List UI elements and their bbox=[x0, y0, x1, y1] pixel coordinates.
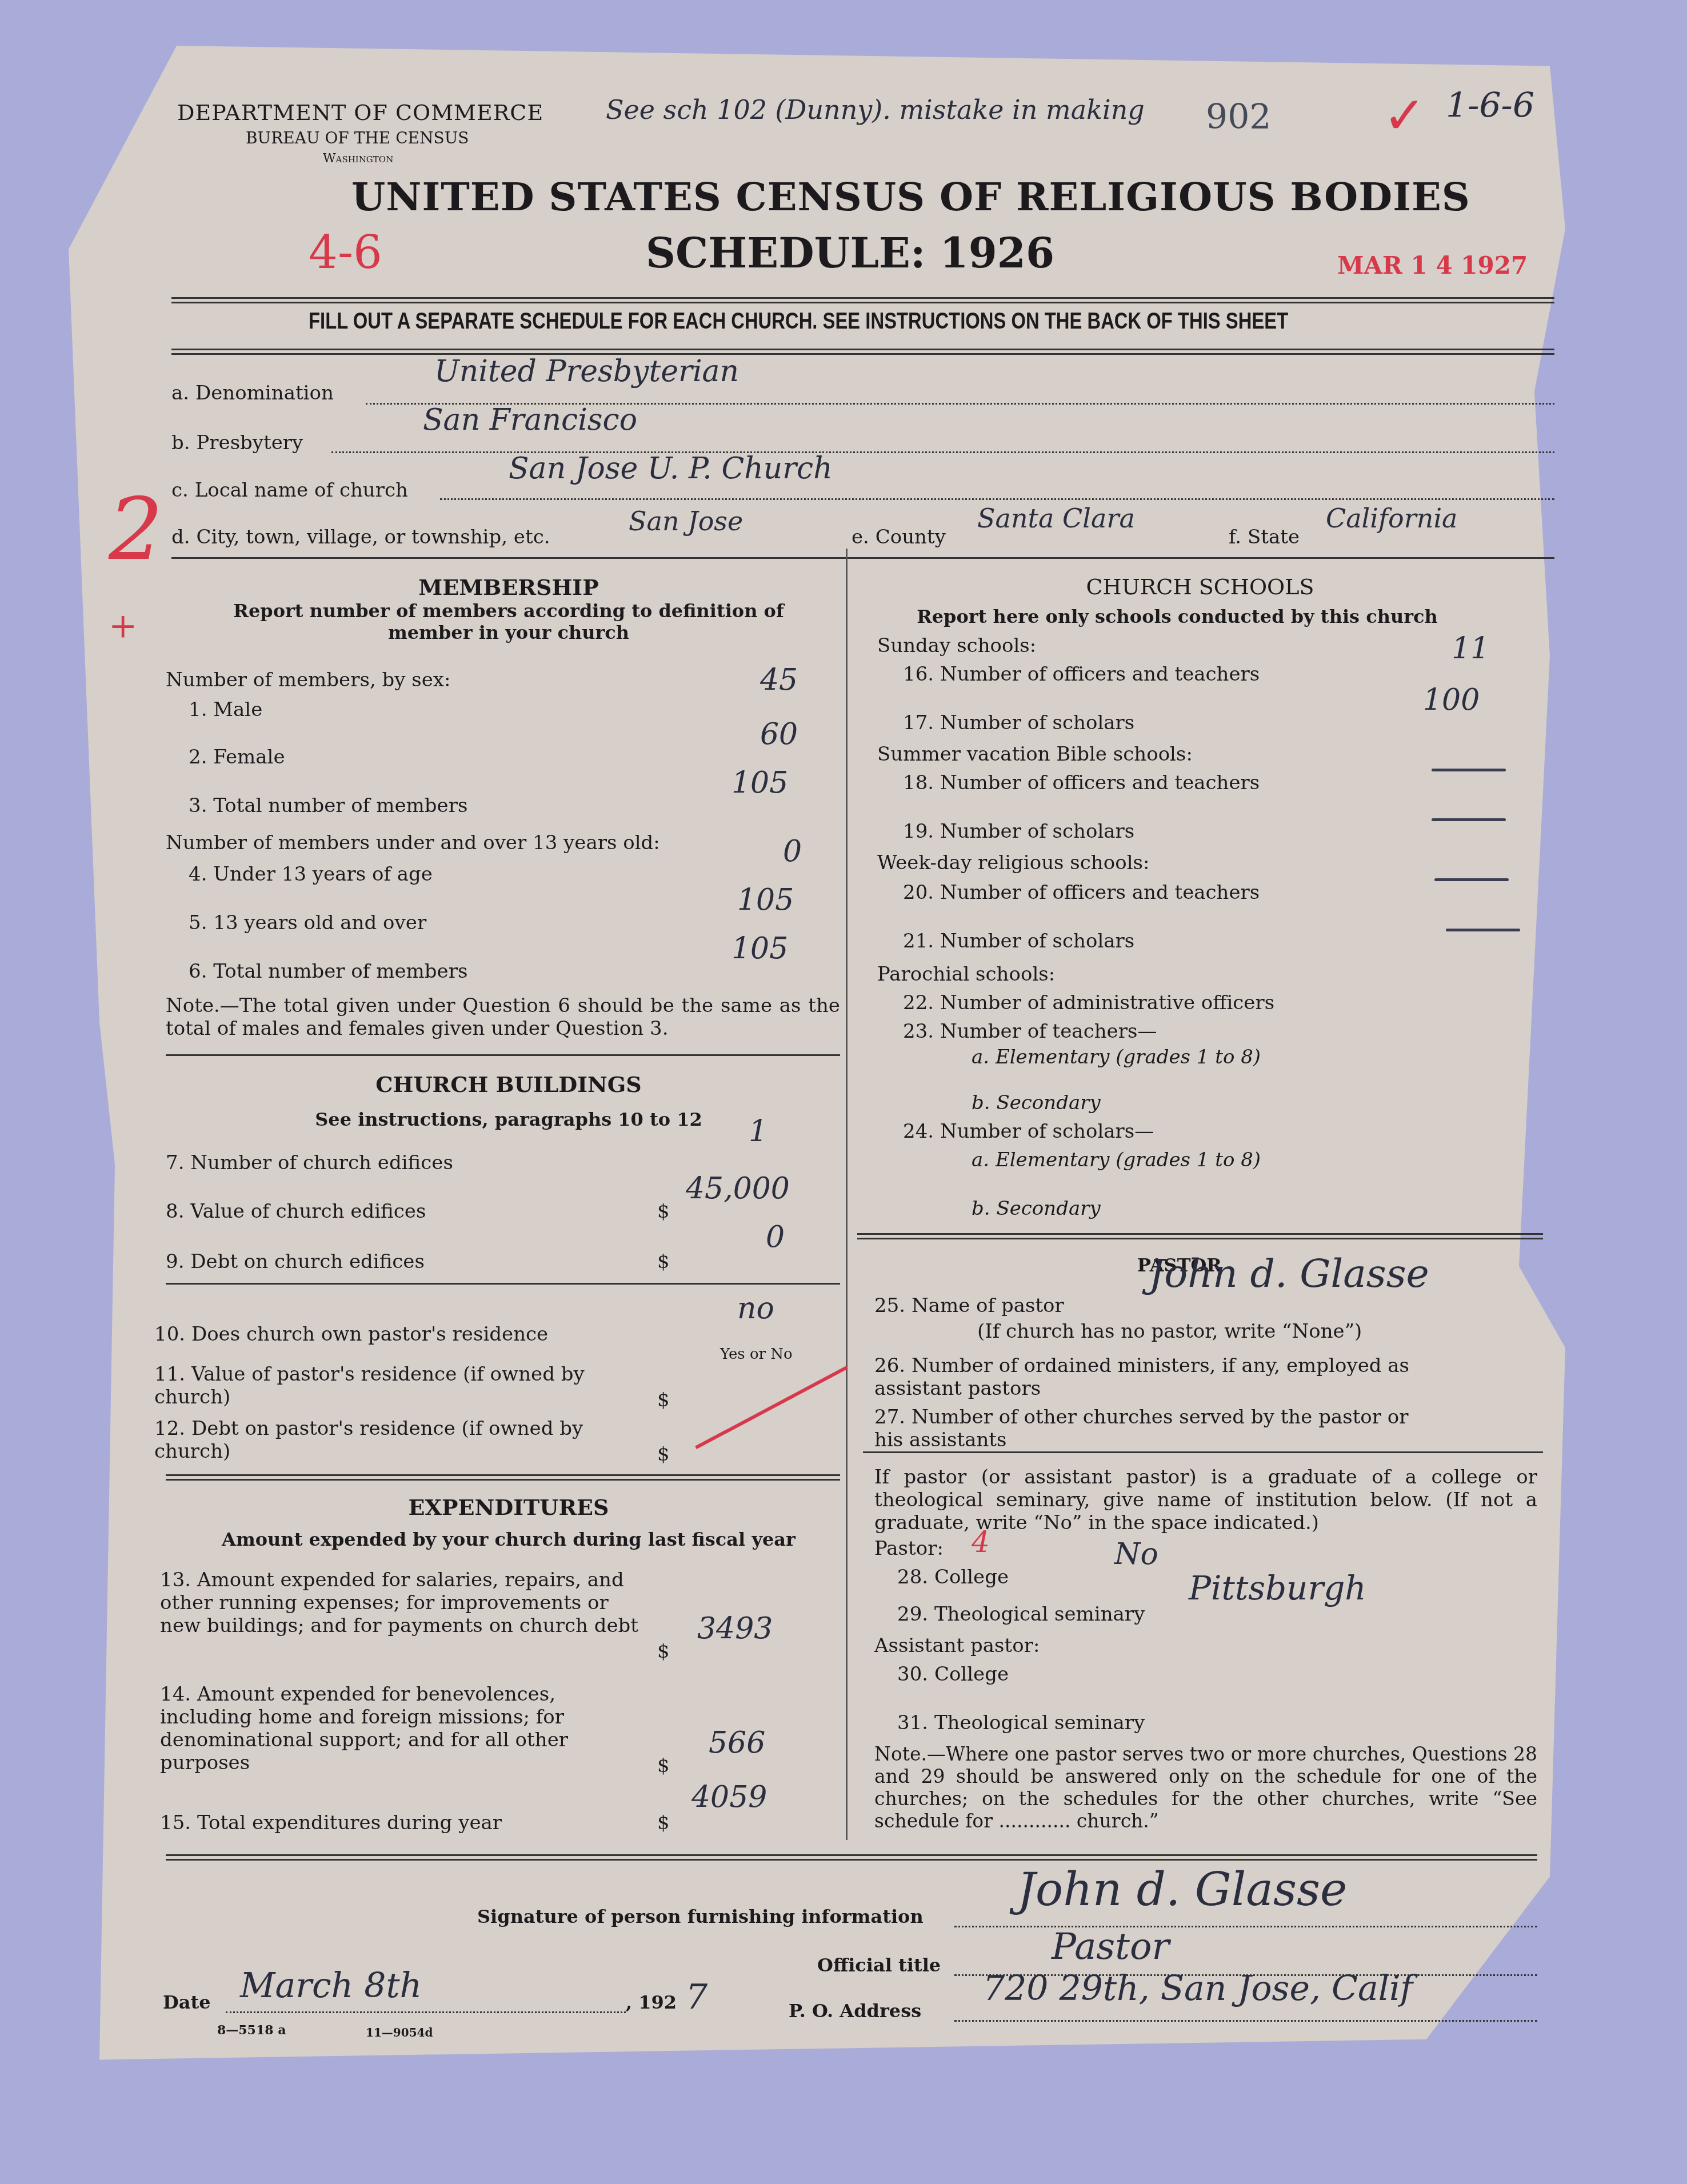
q7-edifices-field[interactable]: 1 bbox=[749, 1114, 767, 1149]
q2-label: 2. Female bbox=[189, 746, 285, 769]
q29-seminary-field[interactable]: Pittsburgh bbox=[1189, 1569, 1366, 1607]
year-prefix: , 192 bbox=[626, 1991, 677, 2013]
q18-dash bbox=[1432, 769, 1506, 771]
q14-label: 14. Amount expended for benevolences, in… bbox=[160, 1683, 651, 1774]
q9-debt-field[interactable]: 0 bbox=[766, 1220, 785, 1254]
footer-rule bbox=[166, 1854, 1537, 1861]
by-sex-heading: Number of members, by sex: bbox=[166, 669, 450, 691]
q23b-label: b. Secondary bbox=[972, 1091, 1101, 1114]
q17-label: 17. Number of scholars bbox=[903, 711, 1134, 734]
q13-running-field[interactable]: 3493 bbox=[697, 1611, 773, 1646]
denomination-field[interactable]: United Presbyterian bbox=[434, 354, 739, 389]
buildings-subtitle: See instructions, paragraphs 10 to 12 bbox=[171, 1109, 846, 1130]
yes-no-hint: Yes or No bbox=[720, 1346, 793, 1363]
presbytery-label: b. Presbytery bbox=[171, 431, 303, 454]
schools-subtitle: Report here only schools conducted by th… bbox=[863, 606, 1492, 627]
q4-label: 4. Under 13 years of age bbox=[189, 863, 433, 886]
q5-over13-field[interactable]: 105 bbox=[737, 883, 794, 917]
form-number: 8—5518 a bbox=[217, 2023, 286, 2038]
column-divider bbox=[846, 549, 848, 1840]
q16-field[interactable]: 11 bbox=[1452, 631, 1489, 666]
department-heading: DEPARTMENT OF COMMERCE bbox=[177, 100, 543, 125]
q29-label: 29. Theological seminary bbox=[897, 1603, 1145, 1626]
sunday-heading: Sunday schools: bbox=[877, 634, 1036, 657]
q14-benevolence-field[interactable]: 566 bbox=[709, 1726, 765, 1760]
q1-male-field[interactable]: 45 bbox=[760, 663, 798, 697]
dollar-sign: $ bbox=[657, 1389, 670, 1411]
membership-subtitle: Report number of members according to de… bbox=[206, 600, 811, 643]
county-field[interactable]: Santa Clara bbox=[977, 503, 1135, 534]
instructions-banner: FILL OUT A SEPARATE SCHEDULE FOR EACH CH… bbox=[309, 309, 1288, 334]
expenditures-subtitle: Amount expended by your church during la… bbox=[171, 1529, 846, 1550]
title-label: Official title bbox=[817, 1954, 941, 1976]
pastor-rule bbox=[857, 1233, 1543, 1239]
official-title-field[interactable]: Pastor bbox=[1052, 1926, 1169, 1968]
q12-label: 12. Debt on pastor's residence (if owned… bbox=[154, 1417, 651, 1463]
dollar-sign: $ bbox=[657, 1811, 670, 1834]
q8-label: 8. Value of church edifices bbox=[166, 1200, 426, 1223]
q6-total-field[interactable]: 105 bbox=[731, 931, 788, 966]
membership-title: MEMBERSHIP bbox=[171, 574, 846, 600]
header-rule bbox=[171, 297, 1554, 303]
q19-label: 19. Number of scholars bbox=[903, 820, 1134, 843]
city-heading: Washington bbox=[323, 151, 393, 166]
q26-label: 26. Number of ordained ministers, if any… bbox=[874, 1354, 1417, 1400]
q21-dash bbox=[1446, 929, 1520, 931]
date-line bbox=[226, 2011, 626, 2013]
by-age-heading: Number of members under and over 13 year… bbox=[166, 831, 660, 854]
graduate-note: If pastor (or assistant pastor) is a gra… bbox=[874, 1466, 1537, 1534]
year-field[interactable]: 7 bbox=[686, 1977, 707, 2017]
date-field[interactable]: March 8th bbox=[240, 1966, 422, 2006]
q24b-label: b. Secondary bbox=[972, 1197, 1101, 1220]
dollar-sign: $ bbox=[657, 1443, 670, 1466]
date-label: Date bbox=[163, 1991, 211, 2013]
q16-label: 16. Number of officers and teachers bbox=[903, 663, 1260, 686]
buildings-title: CHURCH BUILDINGS bbox=[171, 1071, 846, 1097]
q23a-label: a. Elementary (grades 1 to 8) bbox=[972, 1046, 1261, 1069]
q25-hint: (If church has no pastor, write “None”) bbox=[977, 1320, 1362, 1343]
margin-mark: 2 bbox=[109, 480, 163, 579]
signature-line bbox=[954, 1926, 1537, 1927]
pastor-red-mark: 4 bbox=[972, 1526, 990, 1559]
pastor-head: Pastor: bbox=[874, 1537, 944, 1560]
q23-label: 23. Number of teachers— bbox=[903, 1020, 1157, 1043]
schedule-year: SCHEDULE: 1926 bbox=[646, 229, 1054, 277]
q18-label: 18. Number of officers and teachers bbox=[903, 771, 1260, 794]
q5-label: 5. 13 years old and over bbox=[189, 911, 426, 934]
received-stamp: MAR 1 4 1927 bbox=[1337, 251, 1528, 279]
schedule-number: 902 bbox=[1206, 97, 1272, 137]
parochial-heading: Parochial schools: bbox=[877, 963, 1055, 986]
q22-label: 22. Number of administrative officers bbox=[903, 991, 1274, 1014]
assistant-head: Assistant pastor: bbox=[874, 1634, 1040, 1657]
schools-title: CHURCH SCHOOLS bbox=[863, 574, 1537, 599]
presbytery-field[interactable]: San Francisco bbox=[423, 403, 637, 437]
q8-value-field[interactable]: 45,000 bbox=[686, 1171, 790, 1206]
q13-label: 13. Amount expended for salaries, repair… bbox=[160, 1569, 651, 1637]
state-label: f. State bbox=[1229, 526, 1300, 549]
q30-label: 30. College bbox=[897, 1663, 1009, 1686]
print-number: 11—9054d bbox=[366, 2026, 433, 2039]
q21-label: 21. Number of scholars bbox=[903, 930, 1134, 953]
form-title: UNITED STATES CENSUS OF RELIGIOUS BODIES bbox=[351, 174, 1470, 220]
local-name-field[interactable]: San Jose U. P. Church bbox=[509, 451, 833, 486]
margin-plus: + bbox=[109, 606, 137, 646]
q3-label: 3. Total number of members bbox=[189, 794, 467, 817]
address-line bbox=[954, 2020, 1537, 2022]
q25-name-field[interactable]: John d. Glasse bbox=[1149, 1251, 1429, 1297]
q9-label: 9. Debt on church edifices bbox=[166, 1250, 425, 1273]
red-code: 4-6 bbox=[309, 226, 382, 279]
q17-field[interactable]: 100 bbox=[1423, 683, 1480, 717]
dollar-sign: $ bbox=[657, 1250, 670, 1273]
buildings-rule bbox=[166, 1283, 840, 1285]
graduate-rule bbox=[863, 1451, 1543, 1453]
q28-college-field[interactable]: No bbox=[1114, 1537, 1158, 1571]
code-note: 1-6-6 bbox=[1446, 86, 1534, 126]
red-check-icon: ✓ bbox=[1383, 86, 1426, 146]
q24-label: 24. Number of scholars— bbox=[903, 1120, 1154, 1143]
q15-label: 15. Total expenditures during year bbox=[160, 1811, 502, 1834]
id-rule bbox=[171, 557, 1554, 559]
q10-label: 10. Does church own pastor's residence bbox=[154, 1323, 548, 1346]
weekday-heading: Week-day religious schools: bbox=[877, 851, 1149, 874]
q28-label: 28. College bbox=[897, 1566, 1009, 1589]
dollar-sign: $ bbox=[657, 1200, 670, 1223]
q6-label: 6. Total number of members bbox=[189, 960, 467, 983]
top-handwritten-note: See sch 102 (Dunny). mistake in making bbox=[606, 94, 1145, 125]
q27-label: 27. Number of other churches served by t… bbox=[874, 1406, 1417, 1451]
expenditures-title: EXPENDITURES bbox=[171, 1494, 846, 1520]
address-field[interactable]: 720 29th, San Jose, Calif bbox=[983, 1969, 1413, 2009]
q20-label: 20. Number of officers and teachers bbox=[903, 881, 1260, 904]
denomination-label: a. Denomination bbox=[171, 382, 334, 405]
q31-label: 31. Theological seminary bbox=[897, 1711, 1145, 1734]
q2-female-field[interactable]: 60 bbox=[760, 717, 798, 751]
dollar-sign: $ bbox=[657, 1640, 670, 1663]
signature-field[interactable]: John d. Glasse bbox=[1017, 1863, 1347, 1916]
q15-total-field[interactable]: 4059 bbox=[691, 1780, 767, 1814]
signature-label: Signature of person furnishing informati… bbox=[477, 1906, 924, 1927]
county-label: e. County bbox=[852, 526, 946, 549]
banner-rule bbox=[171, 349, 1554, 355]
city-label: d. City, town, village, or township, etc… bbox=[171, 526, 550, 549]
local-name-label: c. Local name of church bbox=[171, 479, 408, 502]
q1-label: 1. Male bbox=[189, 698, 262, 721]
address-label: P. O. Address bbox=[789, 2000, 921, 2022]
summer-heading: Summer vacation Bible schools: bbox=[877, 743, 1193, 766]
expenditures-rule bbox=[166, 1474, 840, 1481]
membership-note: Note.—The total given under Question 6 s… bbox=[166, 994, 840, 1040]
q24a-label: a. Elementary (grades 1 to 8) bbox=[972, 1149, 1261, 1171]
q10-residence-field[interactable]: no bbox=[737, 1291, 774, 1326]
q7-label: 7. Number of church edifices bbox=[166, 1151, 453, 1174]
city-field[interactable]: San Jose bbox=[629, 506, 743, 537]
pastor-note: Note.—Where one pastor serves two or mor… bbox=[874, 1743, 1537, 1832]
q20-dash bbox=[1434, 878, 1509, 881]
bureau-heading: BUREAU OF THE CENSUS bbox=[246, 129, 469, 147]
state-field[interactable]: California bbox=[1326, 503, 1458, 534]
q11-label: 11. Value of pastor's residence (if owne… bbox=[154, 1363, 651, 1409]
q19-dash bbox=[1432, 818, 1506, 821]
membership-rule bbox=[166, 1054, 840, 1056]
q25-label: 25. Name of pastor bbox=[874, 1294, 1064, 1317]
q4-under13-field[interactable]: 0 bbox=[783, 834, 802, 869]
dollar-sign: $ bbox=[657, 1754, 670, 1777]
q3-total-field[interactable]: 105 bbox=[731, 766, 788, 800]
local-name-field-line bbox=[440, 498, 1554, 500]
